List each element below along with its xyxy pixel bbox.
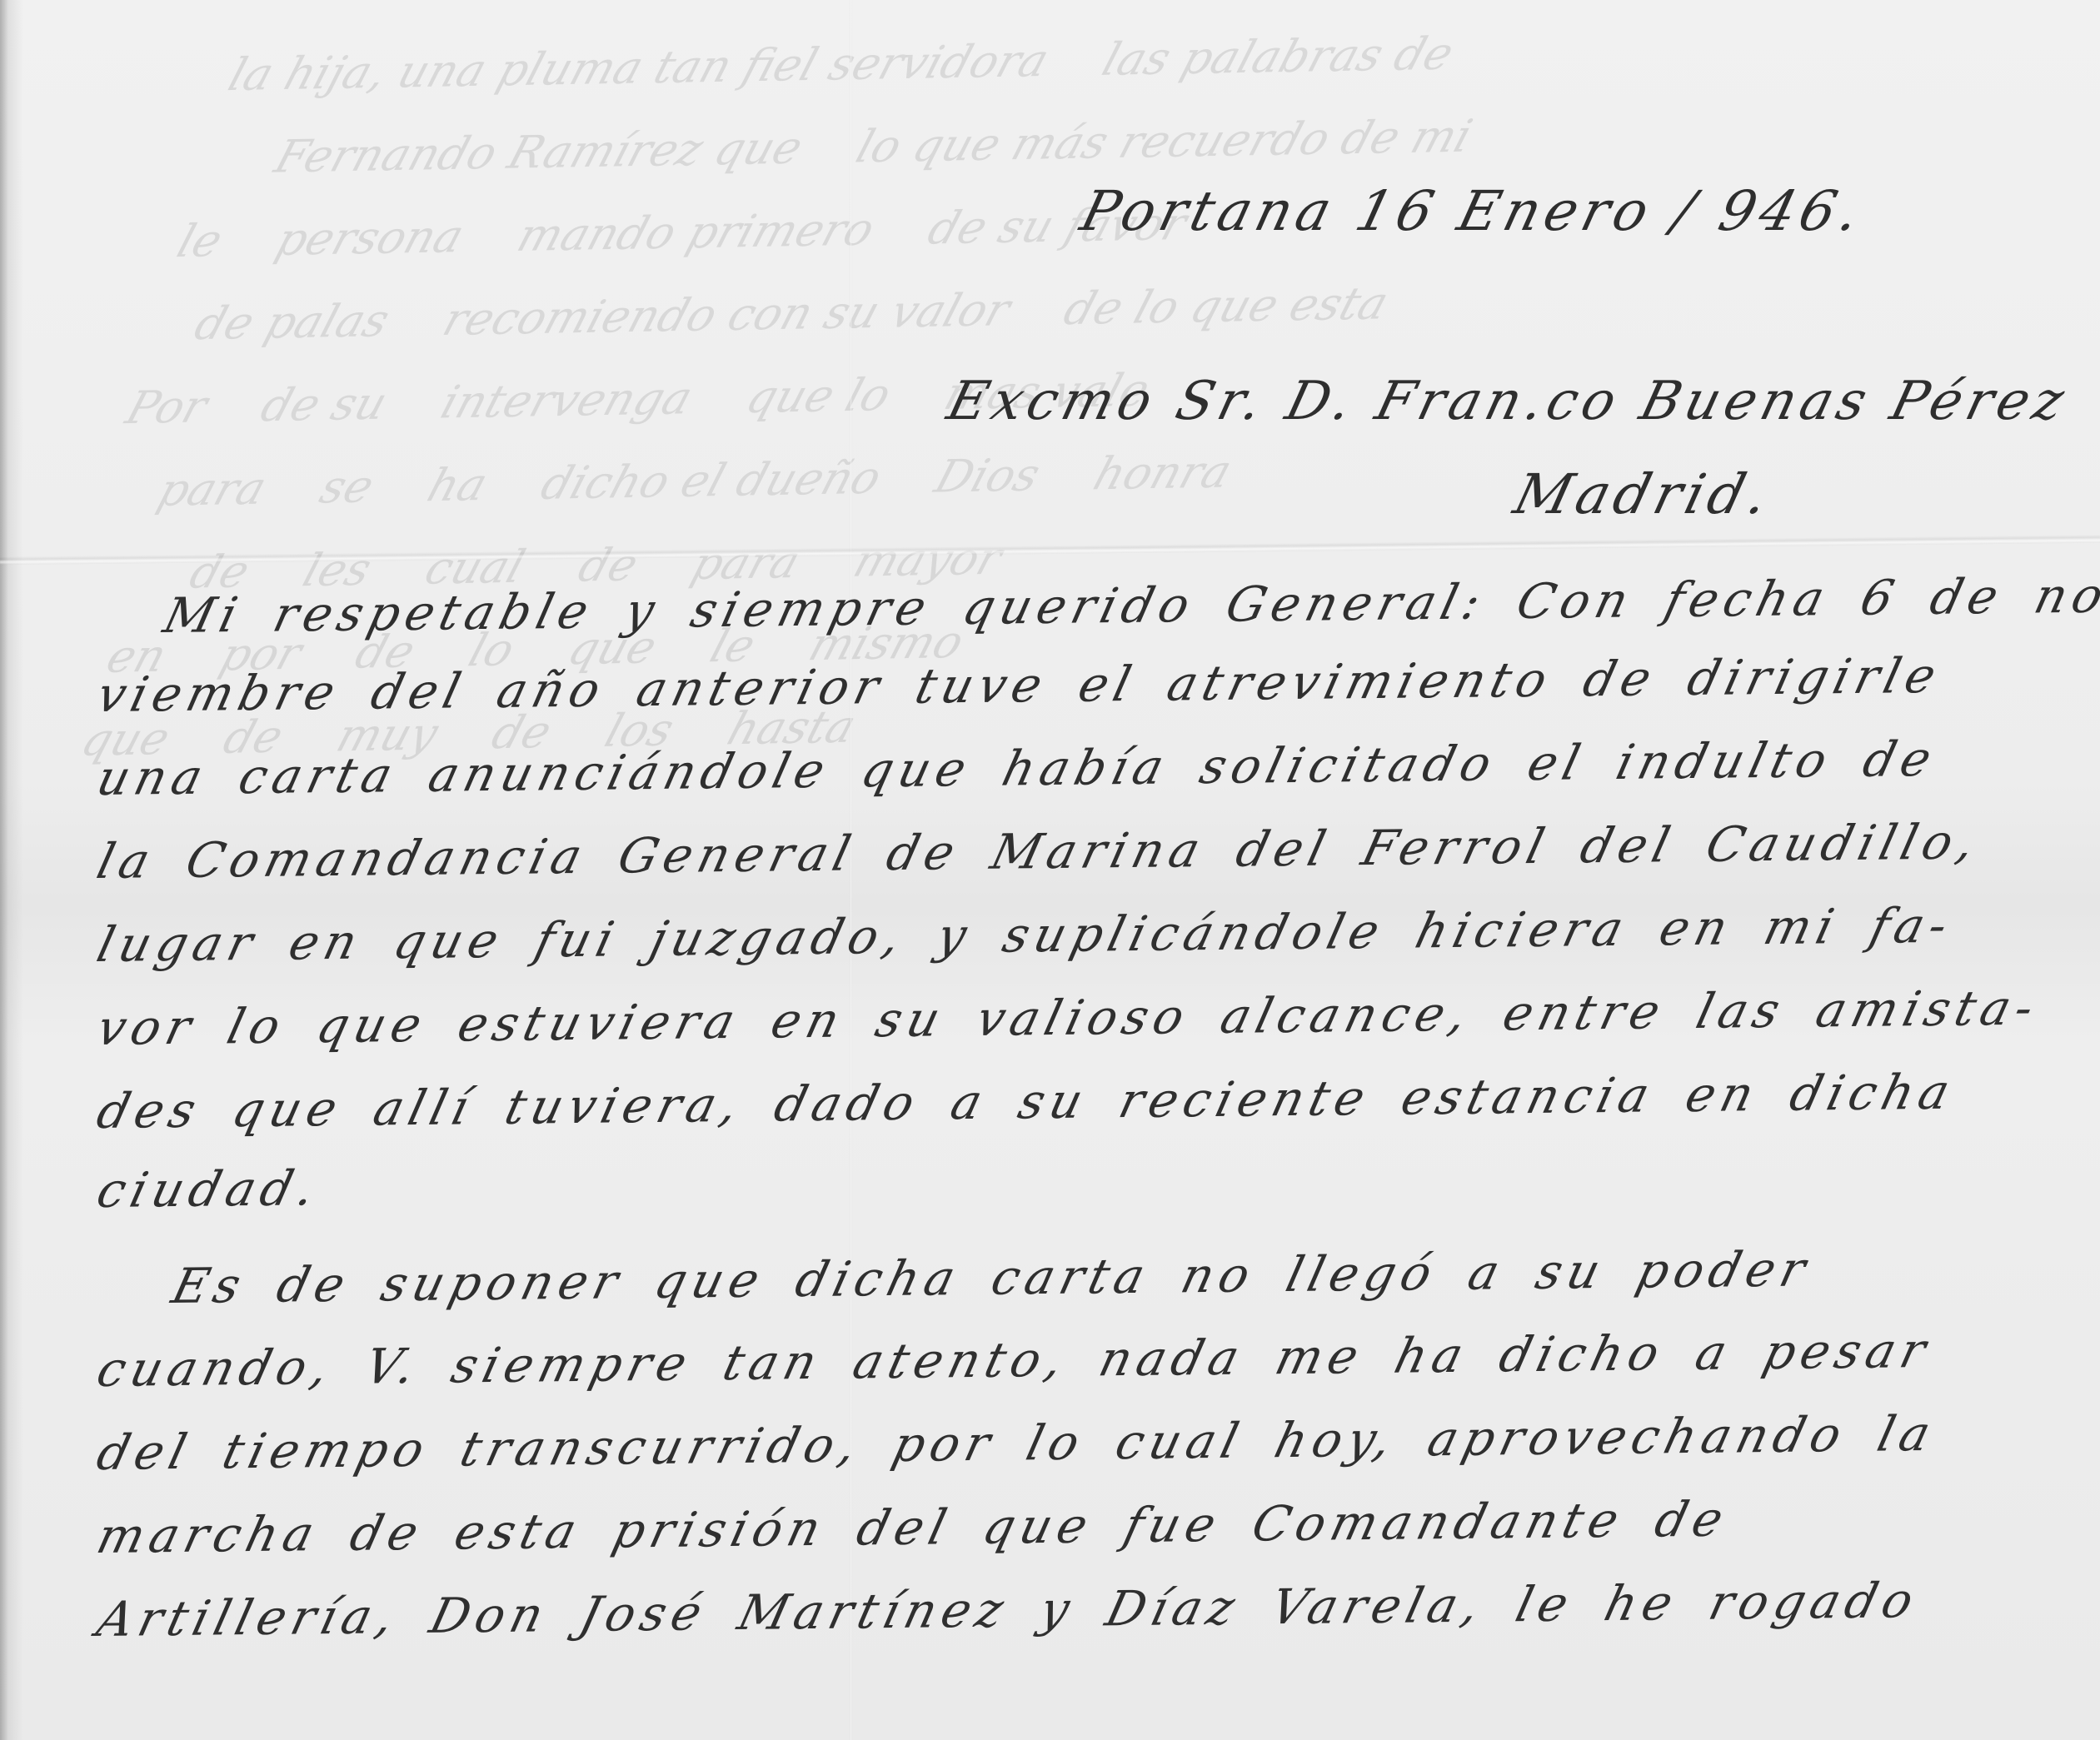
body-line: des que allí tuviera, dado a su reciente… (92, 1064, 1961, 1139)
body-line: viembre del año anterior tuve el atrevim… (92, 647, 1948, 723)
body-line: marcha de esta prisión del que fue Coman… (92, 1491, 1734, 1564)
body-line: lugar en que fui juzgado, y suplicándole… (92, 897, 1958, 973)
body-line: la Comandancia General de Marina del Fer… (92, 813, 1986, 890)
body-line: Artillería, Don José Martínez y Díaz Var… (92, 1572, 1924, 1648)
body-line: cuando, V. siempre tan atento, nada me h… (92, 1322, 1937, 1398)
letter-page: la hija, una pluma tan fiel servidora la… (0, 0, 2100, 1740)
body-line: del tiempo transcurrido, por lo cual hoy… (92, 1405, 1942, 1481)
body-line: Es de suponer que dicha carta no llegó a… (167, 1240, 1817, 1314)
addressee-city: Madrid. (1508, 462, 1779, 526)
body-line: ciudad. (92, 1159, 327, 1219)
dateline: Portana 16 Enero / 946. (1075, 179, 1871, 243)
body-line: una carta anunciándole que había solicit… (92, 730, 1943, 806)
horizontal-fold-crease (0, 535, 2100, 565)
body-line: vor lo que estuviera en su valioso alcan… (92, 980, 2045, 1056)
body-line: Mi respetable y siempre querido General:… (158, 566, 2100, 644)
addressee: Excmo Sr. D. Fran.co Buenas Pérez (941, 371, 2075, 432)
